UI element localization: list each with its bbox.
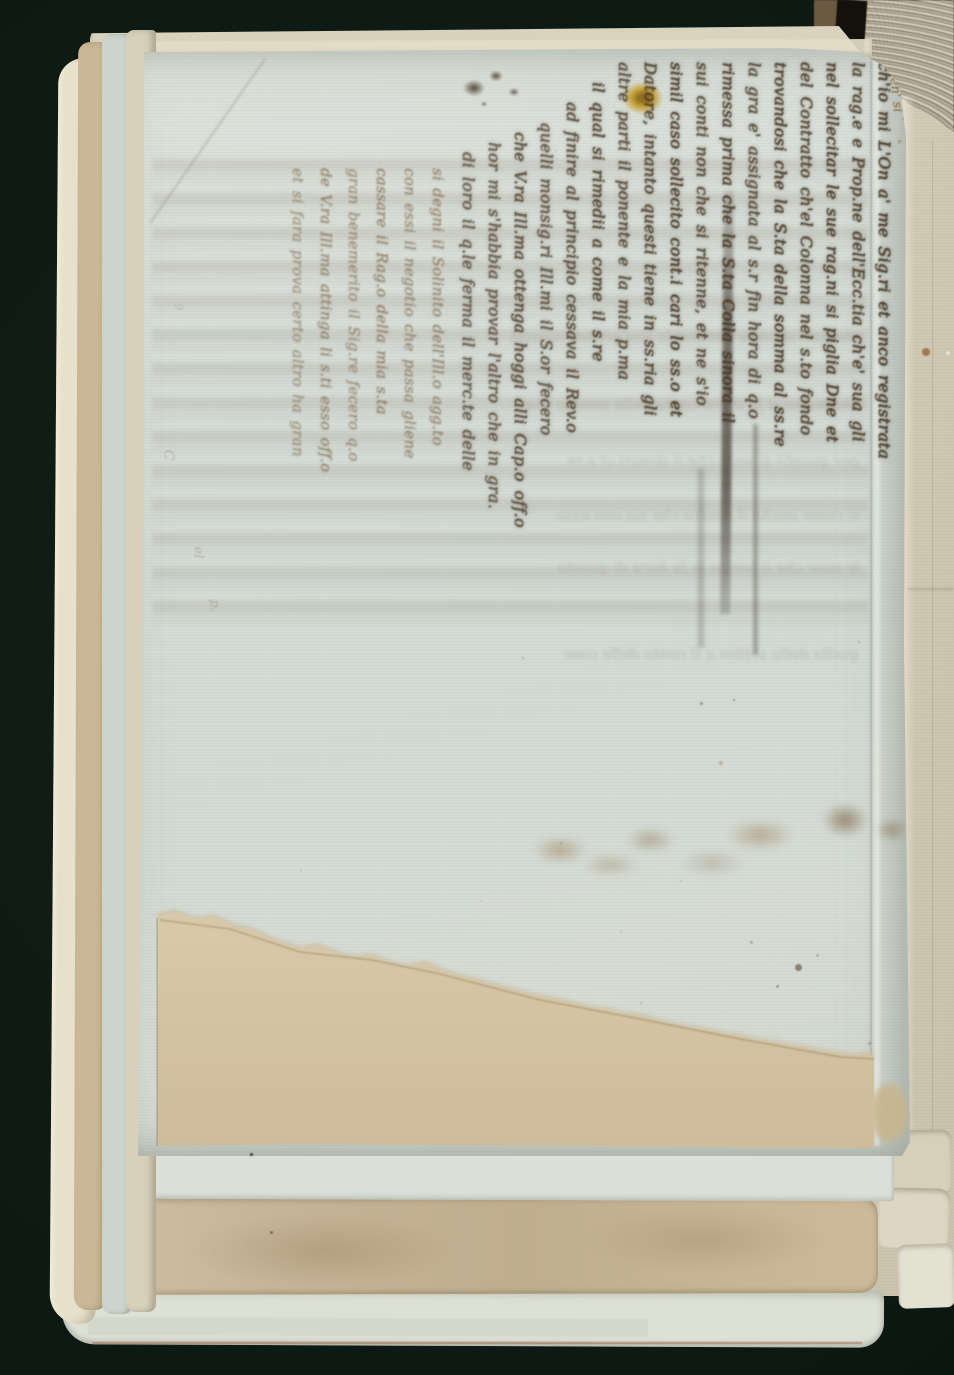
foxing-spot	[902, 118, 904, 120]
next-page-fold-line	[908, 588, 954, 590]
handwriting-line: sui conti non che si ritenne, et ne s'io	[689, 62, 715, 597]
handwriting-line: del Contratto ch'el Colonna nel s.to fon…	[793, 62, 819, 597]
handwriting-line: la gra e' assignata al s.r fin hora di q…	[741, 62, 767, 597]
handwriting-line: nel sollecitar le sue rag.ni si piglia D…	[819, 62, 845, 597]
handwriting-line: de V.ra Ill.ma attinga li s.ti esso off.…	[312, 168, 340, 638]
handwriting-line: hor mi s'habbia provar l'altro che in gr…	[481, 62, 507, 597]
foxing-spot	[795, 964, 802, 971]
handwriting-line: altre parti il ponente e la mia p.ma	[611, 62, 637, 597]
foxing-spot	[555, 150, 557, 152]
foxing-spot	[858, 641, 860, 643]
foxing-spot	[750, 941, 753, 944]
handwriting-line: Datore, intanto questi tiene in ss.ria g…	[637, 62, 663, 597]
next-page-leaf-line	[932, 140, 933, 1140]
foxing-spot	[868, 1042, 871, 1045]
handwriting-line: di loro il q.le ferma il merc.te delle	[455, 62, 481, 597]
foxing-spot	[946, 351, 950, 355]
foxing-spot	[898, 140, 901, 143]
bottom-leaf-edge	[88, 1317, 648, 1337]
tan-slip-body	[157, 912, 874, 1148]
foxing-spot	[922, 348, 930, 356]
foxing-spot	[300, 870, 302, 872]
foxing-spot	[560, 842, 562, 844]
handwriting-line: et si fara prova certo altro ha gran	[284, 168, 312, 638]
foxing-spot	[680, 880, 682, 882]
handwriting-line: simil caso sollecito cont.i cari lo ss.o…	[663, 62, 689, 597]
foxing-spot	[620, 930, 622, 932]
foxing-spot	[700, 702, 703, 705]
handwriting-line: la rag.e e Prop.ne dell'Ecc.tia ch'e' su…	[845, 62, 871, 597]
foxing-spot	[706, 132, 708, 134]
handwriting-line: si degni il Solinito dell'Ill.o agg.to	[424, 168, 452, 638]
stray-ink-mark: p.	[207, 599, 222, 611]
handwriting-line: cassare il Rag.o della mia s.ta	[368, 168, 396, 638]
foxing-spot	[782, 238, 784, 240]
foxing-spot	[270, 1231, 273, 1234]
handwriting-line: quelli monsig.ri Ill.mi il S.or fecero	[533, 62, 559, 597]
stray-ink-mark: el	[190, 547, 205, 559]
foxing-spot	[816, 954, 819, 957]
handwriting-line: che V.ra Ill.ma ottenga hoggi alli Cap.o…	[507, 62, 533, 597]
foxing-spot	[250, 1153, 253, 1156]
handwriting-line: rimessa prima che la S.ta Colla sinora i…	[715, 62, 741, 597]
handwriting-line: ad finire al principio cessava il Rev.o	[559, 62, 585, 597]
manuscript-photograph: che non si come dimand la sua grande som…	[0, 0, 954, 1375]
handwriting-line: gran benemerito il Sig.re fecero q.o	[340, 168, 368, 638]
bottom-edge-hairline	[92, 1342, 862, 1344]
handwriting-main-block: ch'io mi L'On a' me Sig.ri et anco regis…	[449, 62, 897, 597]
foxing-spot	[733, 699, 735, 701]
stray-ink-mark: C	[160, 450, 176, 461]
stray-ink-mark: 9	[172, 303, 186, 311]
handwriting-line: il qual si rimedii a come il s.re	[585, 62, 611, 597]
foxing-spot	[776, 985, 779, 988]
water-stain-band	[500, 795, 954, 885]
right-leaf-edge-block	[897, 1243, 954, 1309]
handwriting-line: trovandosi che la S.ta della somma al ss…	[767, 62, 793, 597]
foxing-spot	[522, 657, 524, 659]
bottom-tan-leaf-edge	[86, 1195, 878, 1295]
foxing-spot	[480, 900, 482, 902]
foxing-spot	[640, 1002, 642, 1004]
handwriting-line: con essi il negotio che passa gliene	[396, 168, 424, 638]
foxing-spot	[719, 761, 723, 765]
torn-tan-slip	[140, 900, 900, 1160]
handwriting-faint-block: si degni il Solinito dell'Ill.o agg.toco…	[278, 168, 452, 638]
